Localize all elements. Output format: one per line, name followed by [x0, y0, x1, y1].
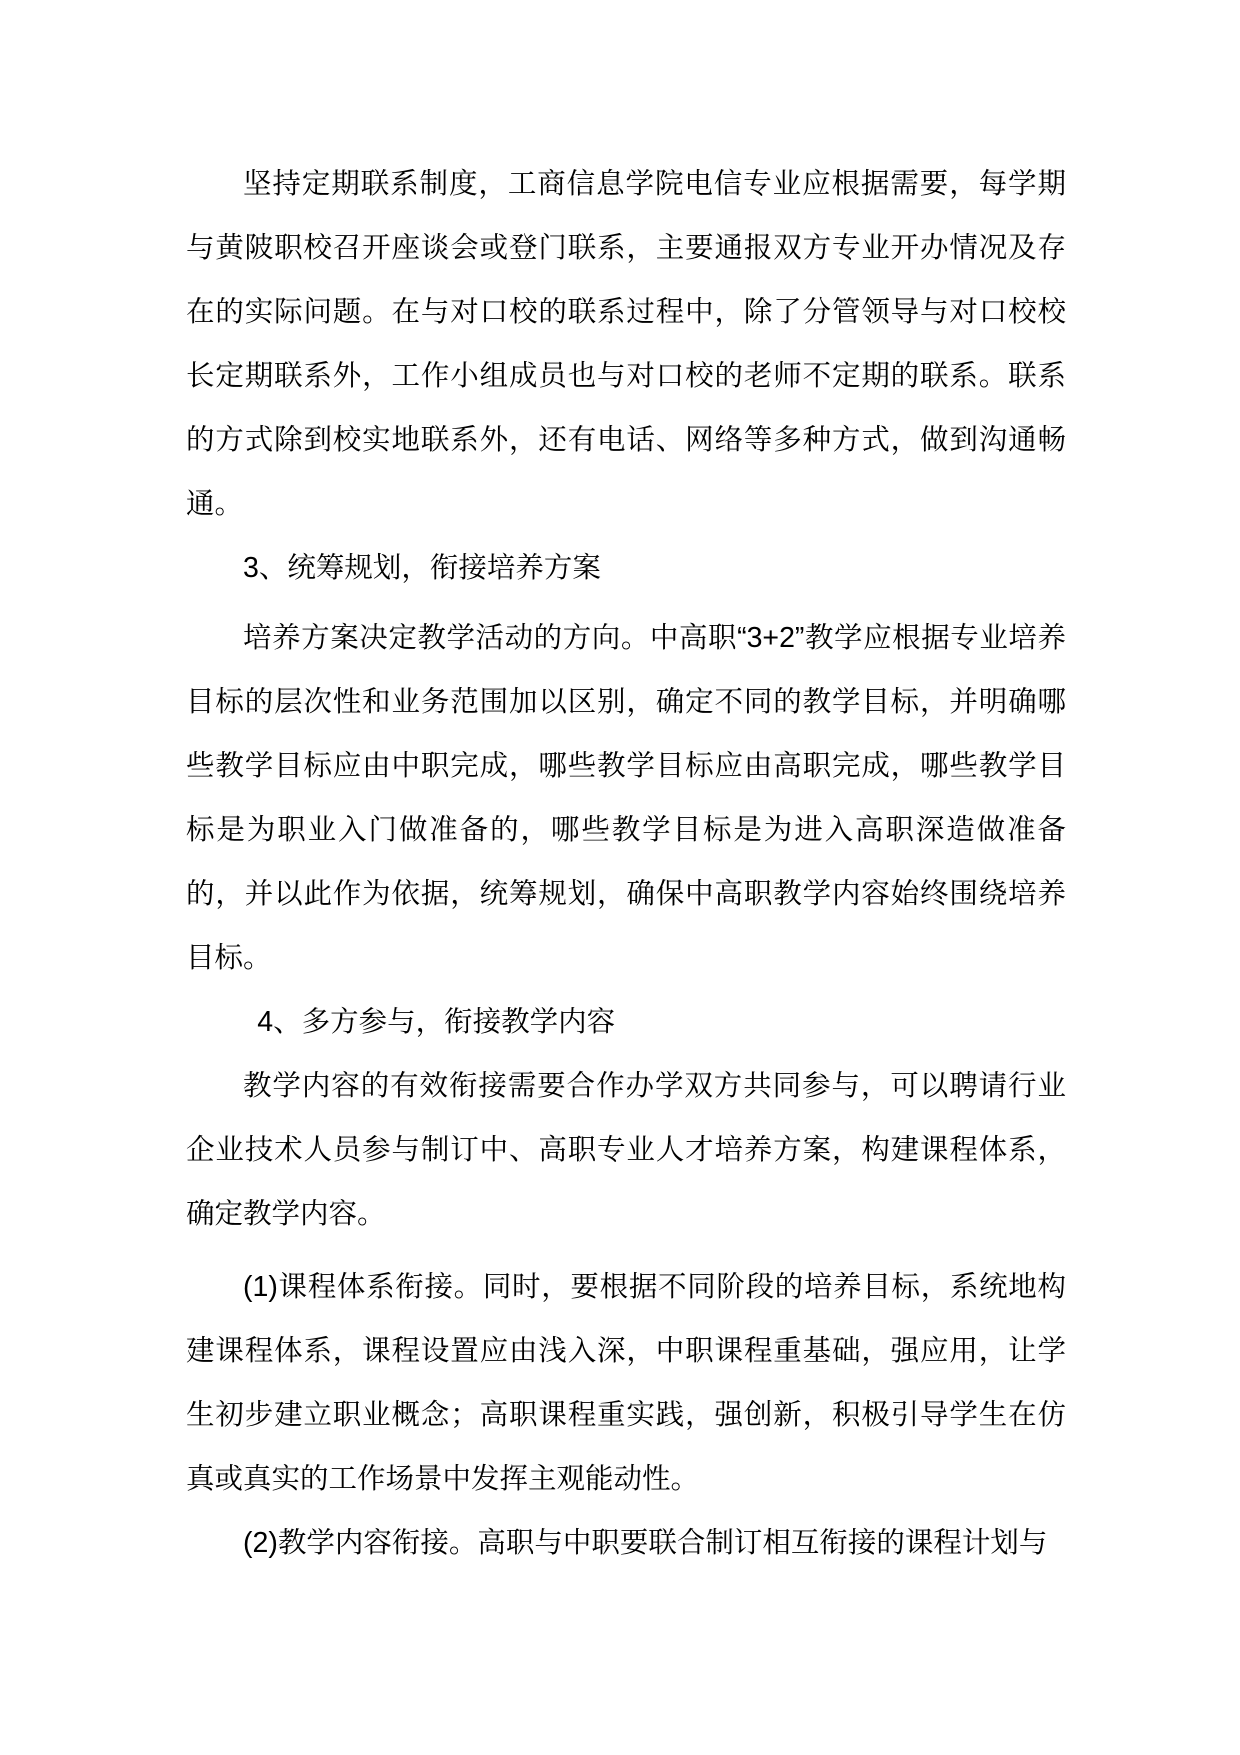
section-heading: 3、统筹规划，衔接培养方案 [186, 536, 1066, 600]
document-page: 坚持定期联系制度，工商信息学院电信专业应根据需要，每学期与黄陂职校召开座谈会或登… [0, 0, 1240, 1755]
document-body: 坚持定期联系制度，工商信息学院电信专业应根据需要，每学期与黄陂职校召开座谈会或登… [186, 152, 1066, 1575]
paragraph: 教学内容的有效衔接需要合作办学双方共同参与，可以聘请行业企业技术人员参与制订中、… [186, 1054, 1066, 1246]
paragraph: (1)课程体系衔接。同时，要根据不同阶段的培养目标，系统地构建课程体系，课程设置… [186, 1255, 1066, 1511]
section-heading: 4、多方参与，衔接教学内容 [186, 990, 1066, 1054]
paragraph: (2)教学内容衔接。高职与中职要联合制订相互衔接的课程计划与 [186, 1511, 1066, 1575]
paragraph: 坚持定期联系制度，工商信息学院电信专业应根据需要，每学期与黄陂职校召开座谈会或登… [186, 152, 1066, 536]
paragraph: 培养方案决定教学活动的方向。中高职“3+2”教学应根据专业培养目标的层次性和业务… [186, 606, 1066, 990]
